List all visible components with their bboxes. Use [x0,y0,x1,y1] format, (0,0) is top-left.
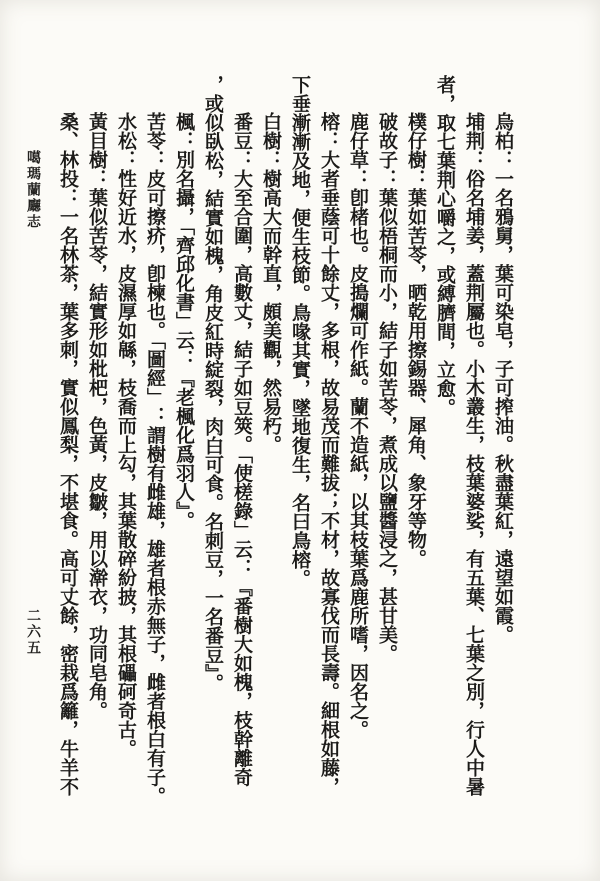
text-column: 烏柏：一名鴉舅，葉可染皂，子可搾油。秋盡葉紅，遠望如霞。 [488,112,517,644]
text-column: 鹿仔草：卽楮也。皮搗爛可作紙。蘭不造紙，以其枝葉爲鹿所嗜，因名之。 [343,112,372,739]
text-column: 樸仔樹：葉如苦苓，晒乾用擦錫器、犀角、象牙等物。 [401,112,430,568]
text-column: ，或似臥松，結實如槐，角皮紅時綻裂，肉白可食。名刺豆，一名番豆』。 [198,75,227,693]
text-column: 下垂漸漸及地，便生枝節。鳥喙其實，墜地復生，名曰鳥榕。 [285,75,314,588]
text-column: 水松：性好近水，皮濕厚如緜，枝喬而上勾，其葉散碎紛披，其根礧砢奇古。 [111,112,140,758]
text-column: 埔荆：俗名埔姜，蓋荆屬也。小木叢生，枝葉婆娑，有五葉、七葉之別，行人中暑 [459,112,488,796]
text-column: 番豆：大至合圍，高數丈，結子如豆筴。「使槎錄」云：『番樹大如槐，枝幹離奇 [227,112,256,787]
book-page: 噶瑪蘭廳志 烏柏：一名鴉舅，葉可染皂，子可搾油。秋盡葉紅，遠望如霞。 埔荆：俗名… [0,0,600,881]
text-column: 白樹：樹高大而幹直，頗美觀，然易朽。 [256,112,285,454]
text-column: 楓：別名攝，「齊邱化書」云：『老楓化爲羽人』。 [169,112,198,530]
text-column: 破故子：葉似梧桐而小，結子如苦苓，煮成以鹽醬浸之，甚甘美。 [372,112,401,663]
page-number: 二六五 [22,608,42,656]
text-column: 黃目樹：葉似苦苓，結實形如枇杷，色黃，皮皺，用以澣衣，功同皂角。 [82,112,111,720]
text-column: 者，取七葉荆心嚼之，或縛臍間，立愈。 [430,75,459,417]
text-column: 桑、林投：一名林茶，葉多刺，實似鳳梨，不堪食。高可丈餘，密栽爲籬，牛羊不 [53,112,82,796]
text-column: 苦苓：皮可擦疥，卽楝也。「圖經」：謂樹有雌雄，雄者根赤無子，雌者根白有子。 [140,112,169,806]
running-title: 噶瑪蘭廳志 [22,150,42,230]
text-column: 榕：大者垂蔭可十餘丈，多根，故易茂而難拔；不材，故寡伐而長壽。細根如藤， [314,112,343,796]
